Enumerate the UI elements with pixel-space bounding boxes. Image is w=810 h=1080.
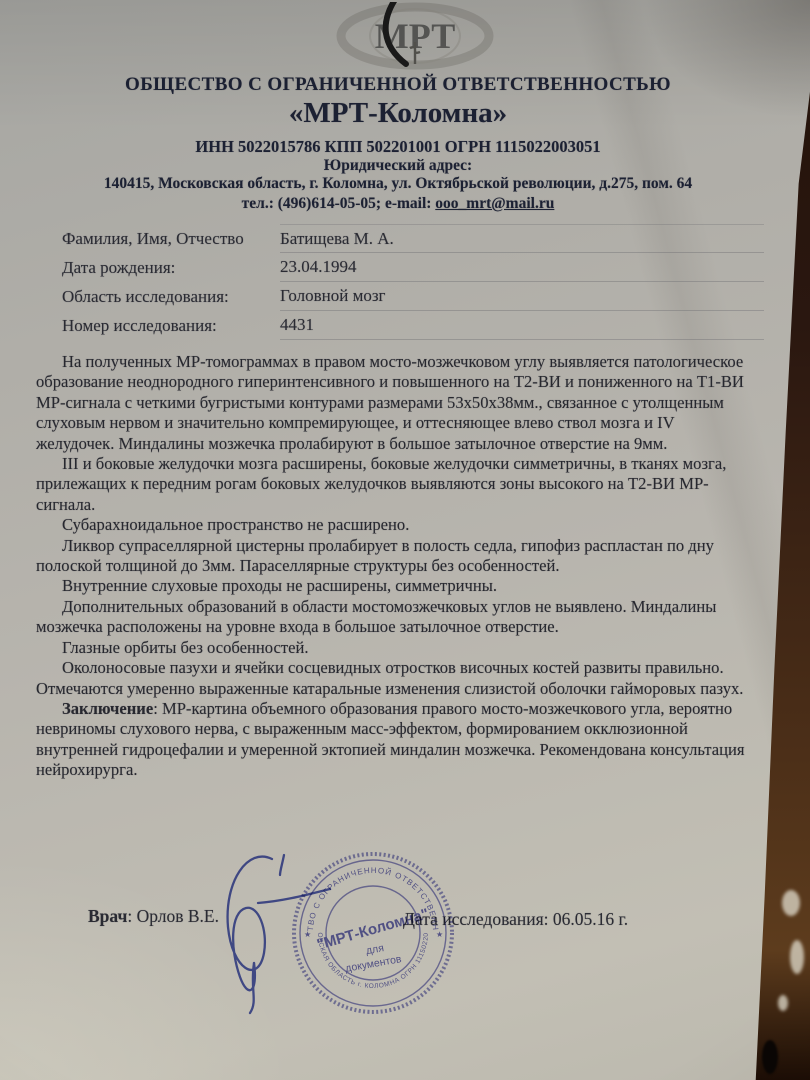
signature-loop [228,857,272,991]
report-paragraph: Внутренние слуховые проходы не расширены… [36,576,748,596]
address-label: Юридический адрес: [0,157,796,175]
email-text: ooo_mrt@mail.ru [435,195,554,212]
clinic-logo: МРТ [330,2,500,72]
field-row-study-number: Номер исследования: 4431 [62,311,764,340]
report-body: На полученных МР-томограммах в правом мо… [36,352,748,781]
document-photo: МРТ ОБЩЕСТВО С ОГРАНИЧЕННОЙ ОТВЕТСТВЕННО… [0,0,810,1080]
table-speckle [782,890,800,916]
org-name: «МРТ-Коломна» [0,97,796,130]
conclusion-paragraph: Заключение: МР-картина объемного образов… [36,699,748,781]
field-label: Область исследования: [62,287,280,307]
field-value: 23.04.1994 [280,253,764,282]
report-paragraph: Ликвор супраселлярной цистерны пролабиру… [36,536,748,577]
conclusion-label: Заключение [62,699,153,718]
report-paragraph: Дополнительных образований в области мос… [36,597,748,638]
report-paragraph: На полученных МР-томограммах в правом мо… [36,352,748,454]
stamp-center-line3: документов [344,953,402,975]
table-speckle [790,940,804,974]
field-label: Фамилия, Имя, Отчество [62,229,280,249]
registration-numbers: ИНН 5022015786 КПП 502201001 ОГРН 111502… [0,137,796,157]
phone-text: тел.: (496)614-05-05; e-mail: [242,195,436,212]
stamp-star-right-icon: ★ [436,930,443,939]
field-value: 4431 [280,311,764,340]
contact-line: тел.: (496)614-05-05; e-mail: ooo_mrt@ma… [0,195,796,213]
stamp-center-line2: для [365,942,385,957]
report-paragraph: III и боковые желудочки мозга расширены,… [36,454,748,515]
report-paragraph: Околоносовые пазухи и ячейки сосцевидных… [36,658,748,699]
field-label: Номер исследования: [62,316,280,336]
report-paragraph: Глазные орбиты без особенностей. [36,638,748,658]
table-speckle [778,995,788,1011]
report-paragraph: Субарахноидальное пространство не расшир… [36,515,748,535]
stamp-star-left-icon: ★ [304,930,311,939]
paper-sheet: МРТ ОБЩЕСТВО С ОГРАНИЧЕННОЙ ОТВЕТСТВЕННО… [0,0,810,1080]
company-stamp: ОБЩЕСТВО С ОГРАНИЧЕННОЙ ОТВЕТСТВЕННОСТЬЮ… [290,850,456,1016]
field-value: Батищева М. А. [280,224,764,253]
table-dark-spot [762,1040,778,1074]
doctor-label: Врач [88,906,127,926]
field-row-name: Фамилия, Имя, Отчество Батищева М. А. [62,224,764,253]
field-row-birthdate: Дата рождения: 23.04.1994 [62,253,764,282]
field-value: Головной мозг [280,282,764,311]
field-row-study-area: Область исследования: Головной мозг [62,282,764,311]
signature-dot-stroke [280,855,284,875]
org-type-line: ОБЩЕСТВО С ОГРАНИЧЕННОЙ ОТВЕТСТВЕННОСТЬЮ [0,74,796,96]
patient-fields: Фамилия, Имя, Отчество Батищева М. А. Да… [62,224,764,340]
legal-address: 140415, Московская область, г. Коломна, … [0,175,796,193]
field-label: Дата рождения: [62,258,280,278]
